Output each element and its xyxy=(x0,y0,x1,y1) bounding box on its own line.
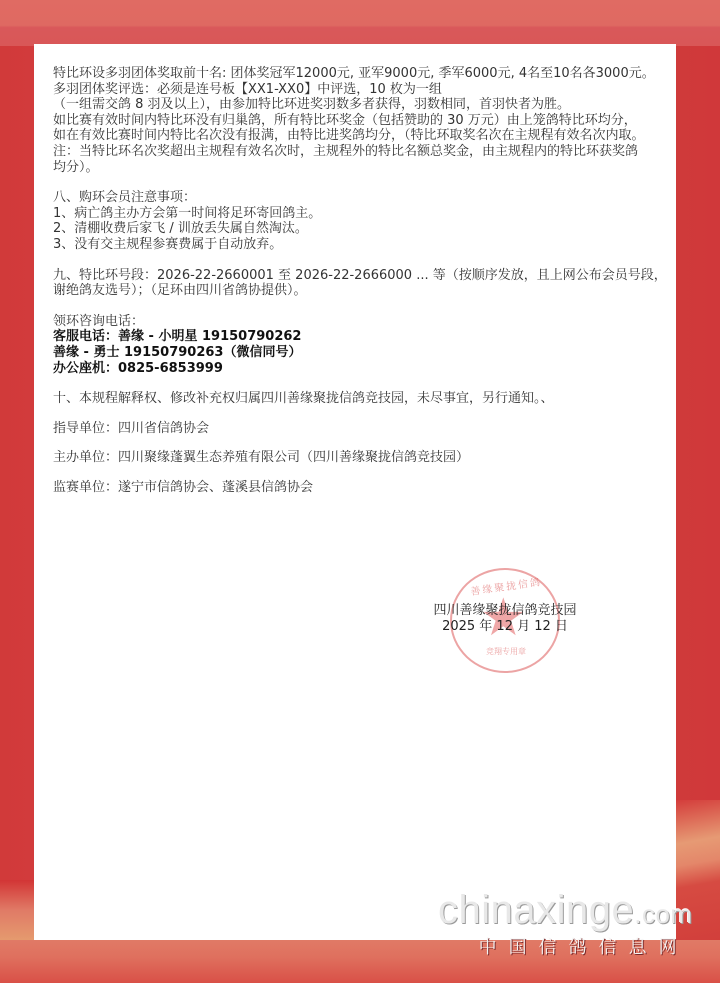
watermark-domain-main: chinaxinge xyxy=(438,888,634,932)
section-9-ring-numbers: 九、特比环号段：2026-22-2660001 至 2026-22-266600… xyxy=(53,268,668,299)
supervision-unit: 监赛单位：遂宁市信鸽协会、蓬溪县信鸽协会 xyxy=(53,480,668,496)
guidance-unit: 指导单位：四川省信鸽协会 xyxy=(53,421,668,437)
section-8-item: 1、病亡鸽主办方会第一时间将足环寄回鸽主。 xyxy=(53,206,668,222)
seal-bottom-text: 竞翔专用章 xyxy=(472,646,540,657)
service-phone: 客服电话：善缘 - 小明星 19150790262 xyxy=(53,329,668,345)
prize-line-3: （一组需交鸽 8 羽及以上），由参加特比环进奖羽数多者获得，羽数相同，首羽快者为… xyxy=(53,97,668,113)
watermark-site-name: 中国信鸽信息网 xyxy=(438,937,693,959)
watermark-domain: chinaxinge.com xyxy=(438,888,693,936)
wechat-phone: 善缘 - 勇士 19150790263（微信同号） xyxy=(53,345,668,361)
prize-line-6: 注：当特比环名次奖超出主规程有效名次时，主规程外的特比名额总奖金，由主规程内的特… xyxy=(53,144,668,160)
site-watermark: chinaxinge.com 中国信鸽信息网 xyxy=(438,888,693,959)
office-phone: 办公座机：0825-6853999 xyxy=(53,361,668,377)
section-10-rights: 十、本规程解释权、修改补充权归属四川善缘聚拢信鸽竞技园，未尽事宜，另行通知。、 xyxy=(53,391,668,407)
document-content: 特比环设多羽团体奖取前十名: 团体奖冠军12000元, 亚军9000元, 季军6… xyxy=(53,66,668,509)
section-8-item: 2、清棚收费后家飞 / 训放丢失属自然淘汰。 xyxy=(53,221,668,237)
contact-section: 领环咨询电话： 客服电话：善缘 - 小明星 19150790262 善缘 - 勇… xyxy=(53,314,668,376)
contact-heading: 领环咨询电话： xyxy=(53,314,668,330)
section-8-member-notes: 八、购环会员注意事项： 1、病亡鸽主办方会第一时间将足环寄回鸽主。 2、清棚收费… xyxy=(53,190,668,252)
host-unit: 主办单位：四川聚缘蓬翼生态养殖有限公司（四川善缘聚拢信鸽竞技园） xyxy=(53,450,668,466)
top-red-band xyxy=(0,0,720,46)
section-8-heading: 八、购环会员注意事项： xyxy=(53,190,668,206)
prize-line-7: 均分）。 xyxy=(53,160,668,176)
watermark-domain-tld: .com xyxy=(634,899,692,929)
signature-org: 四川善缘聚拢信鸽竞技园 xyxy=(425,603,585,619)
section-9-line-1: 九、特比环号段：2026-22-2660001 至 2026-22-266600… xyxy=(53,268,668,284)
prize-line-1: 特比环设多羽团体奖取前十名: 团体奖冠军12000元, 亚军9000元, 季军6… xyxy=(53,66,668,82)
prize-line-4: 如比赛有效时间内特比环没有归巢鸽，所有特比环奖金（包括赞助的 30 万元）由上笼… xyxy=(53,113,668,129)
section-9-line-2: 谢绝鸽友选号）；（足环由四川省鸽协提供）。 xyxy=(53,283,668,299)
bottom-left-accent xyxy=(0,880,34,940)
prize-section: 特比环设多羽团体奖取前十名: 团体奖冠军12000元, 亚军9000元, 季军6… xyxy=(53,66,668,175)
signature-date: 2025 年 12 月 12 日 xyxy=(425,619,585,635)
prize-line-2: 多羽团体奖评选：必须是连号板【XX1-XX0】中评选，10 枚为一组 xyxy=(53,82,668,98)
prize-line-5: 如在有效比赛时间内特比名次没有报满，由特比进奖鸽均分，（特比环取奖名次在主规程有… xyxy=(53,128,668,144)
section-8-item: 3、没有交主规程参赛费属于自动放弃。 xyxy=(53,237,668,253)
signature-block: 四川善缘聚拢信鸽竞技园 2025 年 12 月 12 日 xyxy=(425,603,585,635)
